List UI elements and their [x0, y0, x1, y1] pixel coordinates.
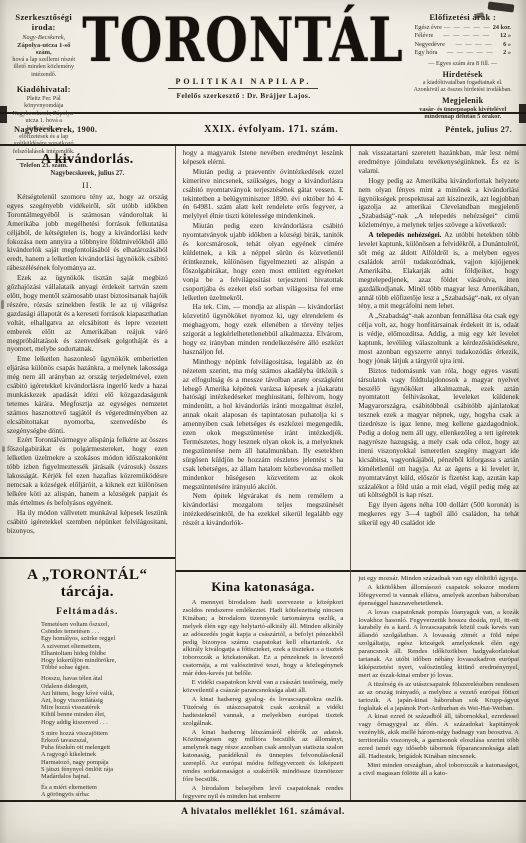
rate-label: Egy hóra	[414, 49, 437, 57]
lead-paragraph: A telepedés nehézségei. Az utóbbi hetekb…	[358, 231, 519, 311]
body-paragraph: Minthogy népünk felvilágositása, legaláb…	[183, 358, 344, 492]
masthead-title: TORONTÁL	[83, 2, 404, 78]
single-issue-price: — Egyes szám ára 8 fill. —	[411, 60, 514, 67]
body-paragraph: Egy ilyen ágens néha 100 dollárt (500 ko…	[358, 501, 519, 528]
body-paragraph: A mennyei birodalom hadi szervezete a kö…	[183, 599, 344, 678]
body-paragraph: Mint minden országban, ahol toborozzák a…	[358, 762, 519, 778]
rate-value: 2 »	[503, 49, 511, 57]
rate-fill: — — — —	[447, 41, 501, 49]
body-paragraph: A „Szabadság“-nak azonban fennállása óta…	[358, 312, 519, 365]
rate-value: 12 »	[500, 32, 511, 40]
body-paragraph: E vidéki csapatokon kivül van a császári…	[183, 679, 344, 695]
rate-value: 6 »	[503, 41, 511, 49]
body-paragraph: A kikötőkben állomásozó csapatok sokszor…	[358, 584, 519, 608]
poem-stanza: Temetésen voltam őszszel, Csöndes temeté…	[41, 621, 168, 671]
body-paragraph: Nem épitek légvárakat és nem remélem a k…	[183, 492, 344, 528]
article-part-number: II.	[7, 180, 168, 190]
body-paragraph: A kinai ezred öt századból áll, tábornok…	[358, 713, 519, 760]
lead-text: Az utóbbi hetekben több levelet kaptunk,…	[358, 231, 519, 310]
rate-fill: — — — — —	[444, 24, 491, 32]
feuilleton-title: A „TORONTÁL“ tárcája.	[7, 567, 168, 601]
body-paragraph: A kinai hadsereg létszámáról eltérők az …	[183, 729, 344, 784]
article-china-continued: jut egy mozsár. Minden századnak van egy…	[351, 570, 526, 800]
body-paragraph: A lovas csapatoknak pompás lóanyaguk van…	[358, 609, 519, 680]
dateline-date: Péntek, julius 27.	[445, 125, 512, 134]
newspaper-page: Szerkesztőségi iroda: Nagy-Becskerek, Zá…	[0, 0, 526, 843]
scan-artifact	[519, 104, 526, 123]
paper-subtitle: POLITIKAI NAPILAP.	[79, 77, 407, 86]
editorial-office-title: Szerkesztőségi iroda:	[12, 12, 75, 32]
subscription-title: Előfizetési árak :	[411, 12, 514, 22]
article-emigration-continued: hogy a magyarok Istene nevében eredményt…	[176, 146, 351, 570]
body-paragraph: Eme lelketlen haszonleső ügynökök emberi…	[7, 355, 168, 435]
rate-label: Félévre	[414, 32, 433, 40]
scan-artifact	[0, 106, 7, 123]
column-3: nak visszatartani szeretett hazánkban, m…	[351, 146, 526, 800]
body-paragraph: Ezért Torontálvármegye alispánja felkért…	[7, 436, 168, 507]
body-paragraph: Hogy pedig az Amerikába kivándorlottak h…	[358, 177, 519, 230]
masthead-center: TORONTÁL POLITIKAI NAPILAP. Felelős szer…	[79, 6, 407, 112]
poem-stanza: S mire hozzá visszajöttem Érkező tavaszs…	[41, 730, 168, 780]
body-paragraph: Ezek az ügynökök tisztán saját megbizó g…	[7, 274, 168, 354]
official-supplement-note: A hivatalos melléklet 161. számával.	[0, 807, 526, 817]
body-paragraph: Biztos tudomásunk van róla, hogy egyes v…	[358, 367, 519, 501]
poem-stanza: Hosszu, havas télen átal Odalenn diderge…	[41, 675, 168, 725]
body-paragraph: hogy a magyarok Istene nevében eredményt…	[183, 149, 344, 167]
body-paragraph: Miután pedig ezen kivándorlásra csábitó …	[183, 222, 344, 302]
article-emigration-continued-2: nak visszatartani szeretett hazánkban, m…	[351, 146, 526, 570]
column-2: hogy a magyarok Istene nevében eredményt…	[176, 146, 352, 800]
masthead-area: Szerkesztőségi iroda: Nagy-Becskerek, Zá…	[0, 0, 526, 112]
poem-stanza: És a miért eltemettem A göröngyös sírba:…	[41, 784, 168, 800]
appears-title: Megjelenik	[411, 96, 514, 105]
body-paragraph: jut egy mozsár. Minden századnak van egy…	[358, 575, 519, 583]
page-columns: A kivándorlás. Nagybecskerek, julius 27.…	[0, 146, 526, 800]
subscription-box: Előfizetési árak : Egész évre — — — — — …	[407, 6, 518, 112]
divider-rule	[168, 88, 318, 89]
editorial-office-box: Szerkesztőségi iroda: Nagy-Becskerek, Zá…	[8, 6, 79, 112]
scan-artifact	[2, 446, 5, 452]
rate-row: Egész évre — — — — — 24 kor.	[411, 24, 514, 32]
rate-fill: — — — — —	[435, 32, 498, 40]
page-footer: A hivatalos melléklet 161. számával.	[0, 800, 526, 843]
body-paragraph: Ha ily módon vállvetett munkával képesek…	[7, 509, 168, 536]
editorial-office-street: Zápolya-utcza 1-ső szám,	[12, 42, 75, 57]
article-emigration: A kivándorlás. Nagybecskerek, julius 27.…	[0, 146, 175, 557]
dateline-issue: XXIX. évfolyam. 171. szám.	[204, 124, 338, 135]
body-paragraph: Ha tek. Cim, — mondja az alispán — kiván…	[183, 303, 344, 356]
rate-row: Egy hóra — — — — — 2 »	[411, 49, 514, 57]
body-paragraph: Kétségtelenül szomoru tény az, hogy az o…	[7, 193, 168, 273]
dateline-place: Nagybecskerek, 1900.	[14, 125, 97, 134]
rate-row: Negyedévre — — — — 6 »	[411, 41, 514, 49]
article-place-date: Nagybecskerek, julius 27.	[7, 170, 168, 177]
body-paragraph: A birodalom belsejében levő csapatoknak …	[183, 785, 344, 800]
editorial-office-town: Nagy-Becskerek,	[12, 34, 75, 42]
ads-title: Hirdetések	[411, 70, 514, 79]
body-paragraph: A tüzérség és az utászcsapatok fölszerel…	[358, 681, 519, 713]
body-paragraph: A kinai hadsereg gyalog- és lovascsapato…	[183, 696, 344, 728]
article-china: Kina katonasága. A mennyei birodalom had…	[176, 570, 351, 800]
rate-label: Egész évre	[414, 24, 441, 32]
column-1: A kivándorlás. Nagybecskerek, julius 27.…	[0, 146, 176, 800]
rate-fill: — — — — —	[439, 49, 501, 57]
rate-value: 24 kor.	[493, 24, 511, 32]
article-title: A kivándorlás.	[7, 152, 168, 168]
editorial-office-note: hová a lap szellemi részét illető minden…	[12, 57, 75, 80]
publisher-title: Kiadóhivatal:	[12, 84, 75, 94]
china-article-title: Kina katonasága.	[183, 579, 344, 595]
poem-title: Feltámadás.	[7, 607, 168, 617]
editor-line: Felelős szerkesztő : Dr. Brájjer Lajos.	[79, 91, 407, 100]
body-paragraph: nak visszatartani szeretett hazánkban, m…	[358, 149, 519, 176]
feuilleton-section: A „TORONTÁL“ tárcája. Feltámadás. Temeté…	[0, 557, 175, 800]
rate-row: Félévre — — — — — 12 »	[411, 32, 514, 40]
scan-artifact	[1, 300, 4, 309]
lead-phrase: A telepedés nehézségei.	[368, 231, 441, 239]
rate-label: Negyedévre	[414, 41, 444, 49]
body-paragraph: Miután pedig a praeventiv óvintézkedések…	[183, 168, 344, 221]
appears-text: vasár- és ünnepnapok kivételével mindenn…	[411, 106, 514, 120]
ads-text: a kiadóhivatalban fogadtatnak el. Azonki…	[411, 80, 514, 94]
